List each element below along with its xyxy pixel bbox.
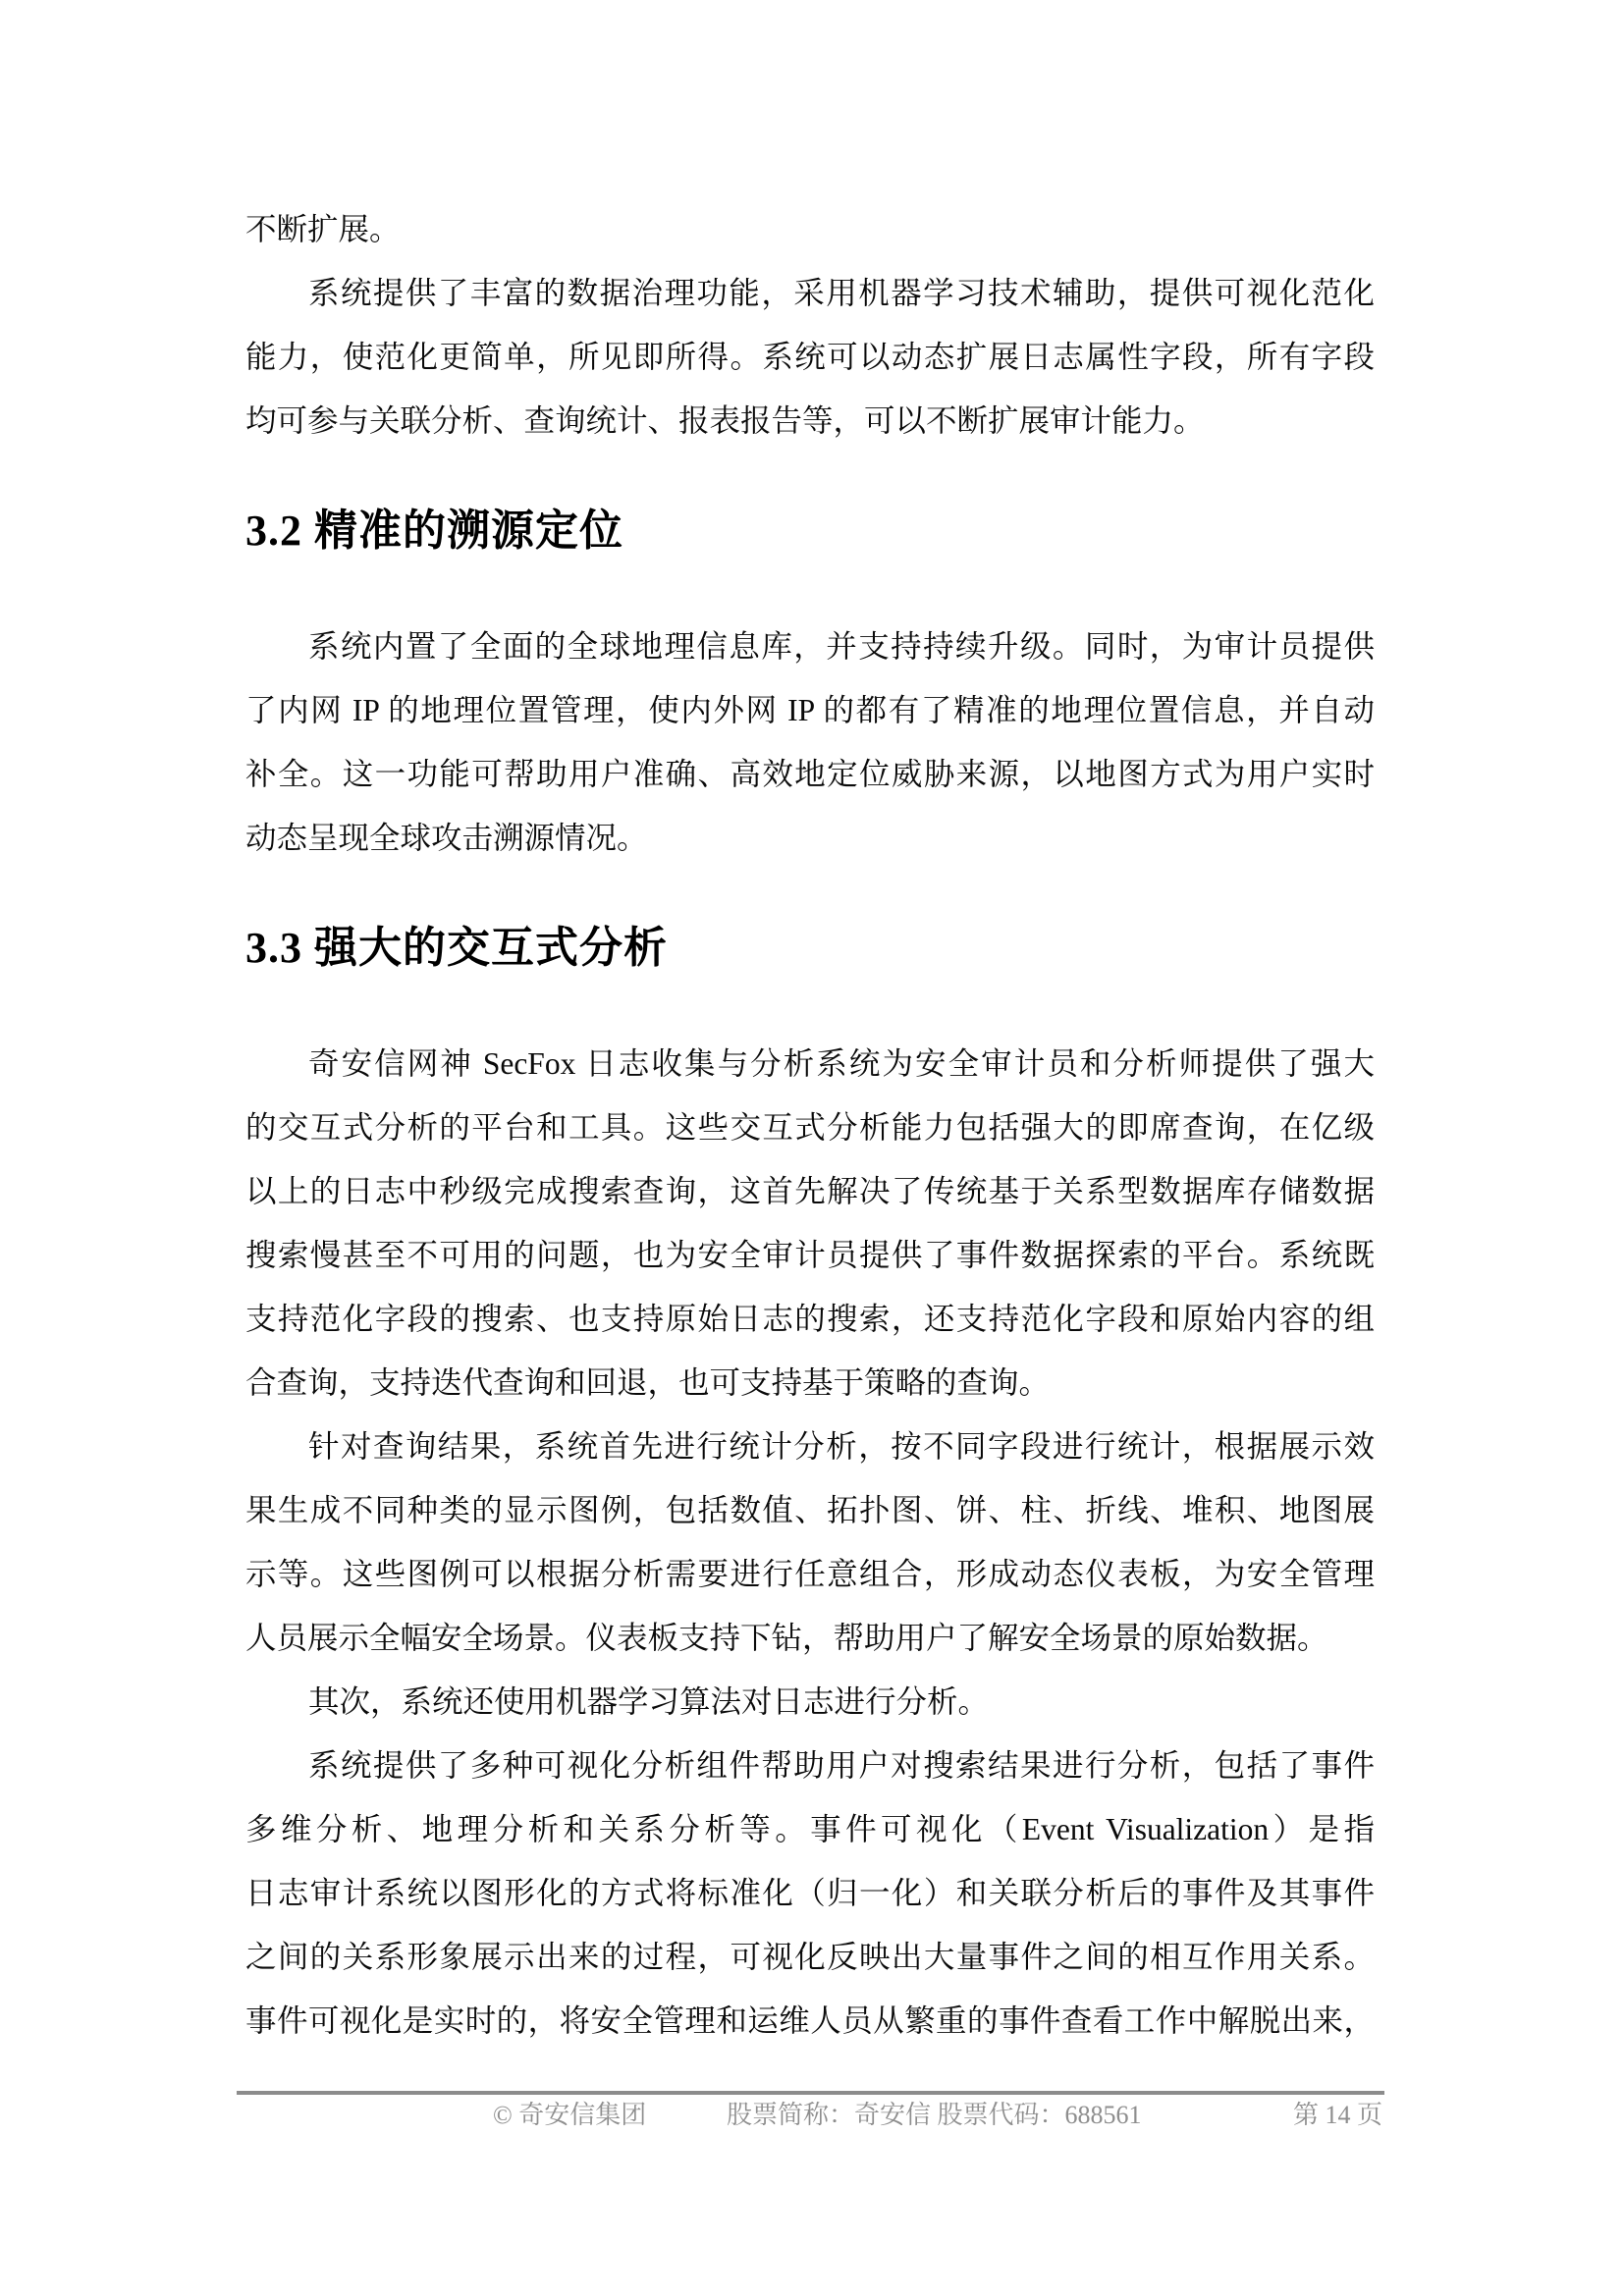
- text-line: 系统内置了全面的全球地理信息库，并支持持续升级。同时，为审计员提供: [245, 614, 1375, 678]
- text-line: 的交互式分析的平台和工具。这些交互式分析能力包括强大的即席查询，在亿级: [245, 1095, 1375, 1159]
- text-line: 合查询，支持迭代查询和回退，也可支持基于策略的查询。: [245, 1351, 1375, 1415]
- section-heading: 3.3 强大的交互式分析: [245, 916, 1375, 981]
- document-page: 不断扩展。系统提供了丰富的数据治理功能，采用机器学习技术辅助，提供可视化范化能力…: [0, 0, 1624, 2296]
- text-line: 其次，系统还使用机器学习算法对日志进行分析。: [245, 1670, 1375, 1734]
- text-line: 了内网 IP 的地理位置管理，使内外网 IP 的都有了精准的地理位置信息，并自动: [245, 678, 1375, 742]
- footer-divider: [237, 2091, 1384, 2095]
- text-line: 人员展示全幅安全场景。仪表板支持下钻，帮助用户了解安全场景的原始数据。: [245, 1606, 1375, 1670]
- text-line: 动态呈现全球攻击溯源情况。: [245, 806, 1375, 870]
- document-body: 不断扩展。系统提供了丰富的数据治理功能，采用机器学习技术辅助，提供可视化范化能力…: [245, 197, 1375, 2053]
- text-line: 系统提供了多种可视化分析组件帮助用户对搜索结果进行分析，包括了事件: [245, 1734, 1375, 1797]
- text-line: 补全。这一功能可帮助用户准确、高效地定位威胁来源，以地图方式为用户实时: [245, 742, 1375, 806]
- footer-stock-info: 股票简称：奇安信 股票代码：688561: [727, 2099, 1142, 2132]
- text-line: 事件可视化是实时的，将安全管理和运维人员从繁重的事件查看工作中解脱出来，: [245, 1989, 1375, 2053]
- text-line: 能力，使范化更简单，所见即所得。系统可以动态扩展日志属性字段，所有字段: [245, 325, 1375, 389]
- text-line: 均可参与关联分析、查询统计、报表报告等，可以不断扩展审计能力。: [245, 389, 1375, 453]
- text-line: 多维分析、地理分析和关系分析等。事件可视化（Event Visualizatio…: [245, 1797, 1375, 1861]
- text-line: 以上的日志中秒级完成搜索查询，这首先解决了传统基于关系型数据库存储数据: [245, 1159, 1375, 1223]
- text-line: 系统提供了丰富的数据治理功能，采用机器学习技术辅助，提供可视化范化: [245, 261, 1375, 325]
- text-line: 不断扩展。: [245, 197, 1375, 261]
- text-line: 针对查询结果，系统首先进行统计分析，按不同字段进行统计，根据展示效: [245, 1415, 1375, 1478]
- footer-page-number: 第 14 页: [1293, 2099, 1382, 2132]
- text-line: 日志审计系统以图形化的方式将标准化（归一化）和关联分析后的事件及其事件: [245, 1861, 1375, 1925]
- text-line: 之间的关系形象展示出来的过程，可视化反映出大量事件之间的相互作用关系。: [245, 1925, 1375, 1989]
- text-line: 果生成不同种类的显示图例，包括数值、拓扑图、饼、柱、折线、堆积、地图展: [245, 1478, 1375, 1542]
- section-heading: 3.2 精准的溯源定位: [245, 499, 1375, 563]
- text-line: 搜索慢甚至不可用的问题，也为安全审计员提供了事件数据探索的平台。系统既: [245, 1223, 1375, 1287]
- text-line: 示等。这些图例可以根据分析需要进行任意组合，形成动态仪表板，为安全管理: [245, 1542, 1375, 1606]
- footer-copyright: © 奇安信集团: [493, 2099, 646, 2132]
- text-line: 奇安信网神 SecFox 日志收集与分析系统为安全审计员和分析师提供了强大: [245, 1032, 1375, 1095]
- text-line: 支持范化字段的搜索、也支持原始日志的搜索，还支持范化字段和原始内容的组: [245, 1287, 1375, 1351]
